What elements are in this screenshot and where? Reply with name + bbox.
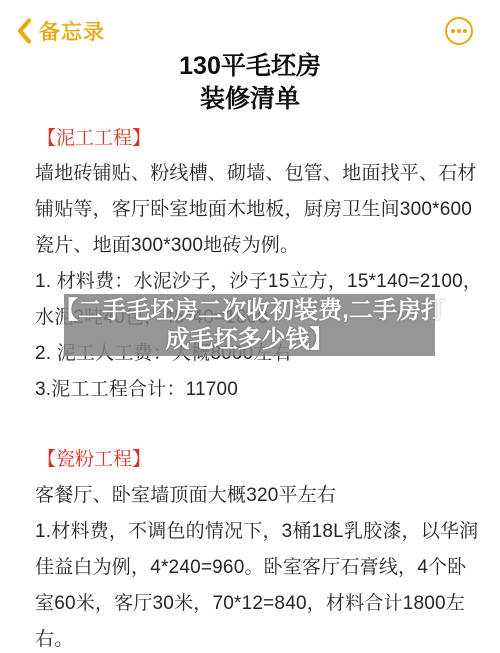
note-title-line2: 装修清单 (0, 83, 500, 116)
text-line: 室60米，客厅30米，70*12=840，材料合计1800左 (35, 586, 490, 622)
text-line: 铺贴等，客厅卧室地面木地板，厨房卫生间300*600 (35, 192, 490, 228)
section-header-masonry: 【泥工工程】 (37, 128, 151, 150)
ellipsis-dot (451, 29, 455, 33)
section-header-putty: 【瓷粉工程】 (37, 449, 151, 471)
chevron-left-icon (17, 18, 32, 44)
note-title: 130平毛坯房 装修清单 (0, 50, 500, 116)
text-line: 3.泥工工程合计：11700 (35, 372, 490, 408)
ellipsis-dot (463, 29, 467, 33)
watermark-text-line2: 成毛坯多少钱】 (166, 325, 334, 354)
text-line: 客餐厅、卧室墙顶面大概320平左右 (35, 478, 490, 514)
text-line: 右。 (35, 622, 490, 653)
section-body-putty: 客餐厅、卧室墙顶面大概320平左右 1.材料费，不调色的情况下，3桶18L乳胶漆… (35, 478, 490, 653)
back-button-label: 备忘录 (39, 16, 105, 46)
ellipsis-dot (457, 29, 461, 33)
note-title-line1: 130平毛坯房 (0, 50, 500, 83)
watermark-overlay: 【二手毛坯房二次收初装费,二手房打 成毛坯多少钱】 (64, 294, 435, 356)
more-options-icon[interactable] (445, 17, 473, 45)
section-body-masonry: 墙地砖铺贴、粉线槽、砌墙、包管、地面找平、石材 铺贴等，客厅卧室地面木地板，厨房… (35, 156, 490, 408)
navbar: 备忘录 (17, 14, 473, 48)
text-line: 1.材料费，不调色的情况下，3桶18L乳胶漆，以华润 (35, 514, 490, 550)
back-button[interactable]: 备忘录 (17, 16, 105, 46)
text-line: 瓷片、地面300*300地砖为例。 (35, 228, 490, 264)
text-line: 佳益白为例，4*240=960。卧室客厅石膏线，4个卧 (35, 550, 490, 586)
watermark-text-line1: 【二手毛坯房二次收初装费,二手房打 (54, 296, 445, 325)
memo-note-screen: 备忘录 130平毛坯房 装修清单 【泥工工程】 墙地砖铺贴、粉线槽、砌墙、包管、… (0, 0, 500, 653)
text-line: 墙地砖铺贴、粉线槽、砌墙、包管、地面找平、石材 (35, 156, 490, 192)
